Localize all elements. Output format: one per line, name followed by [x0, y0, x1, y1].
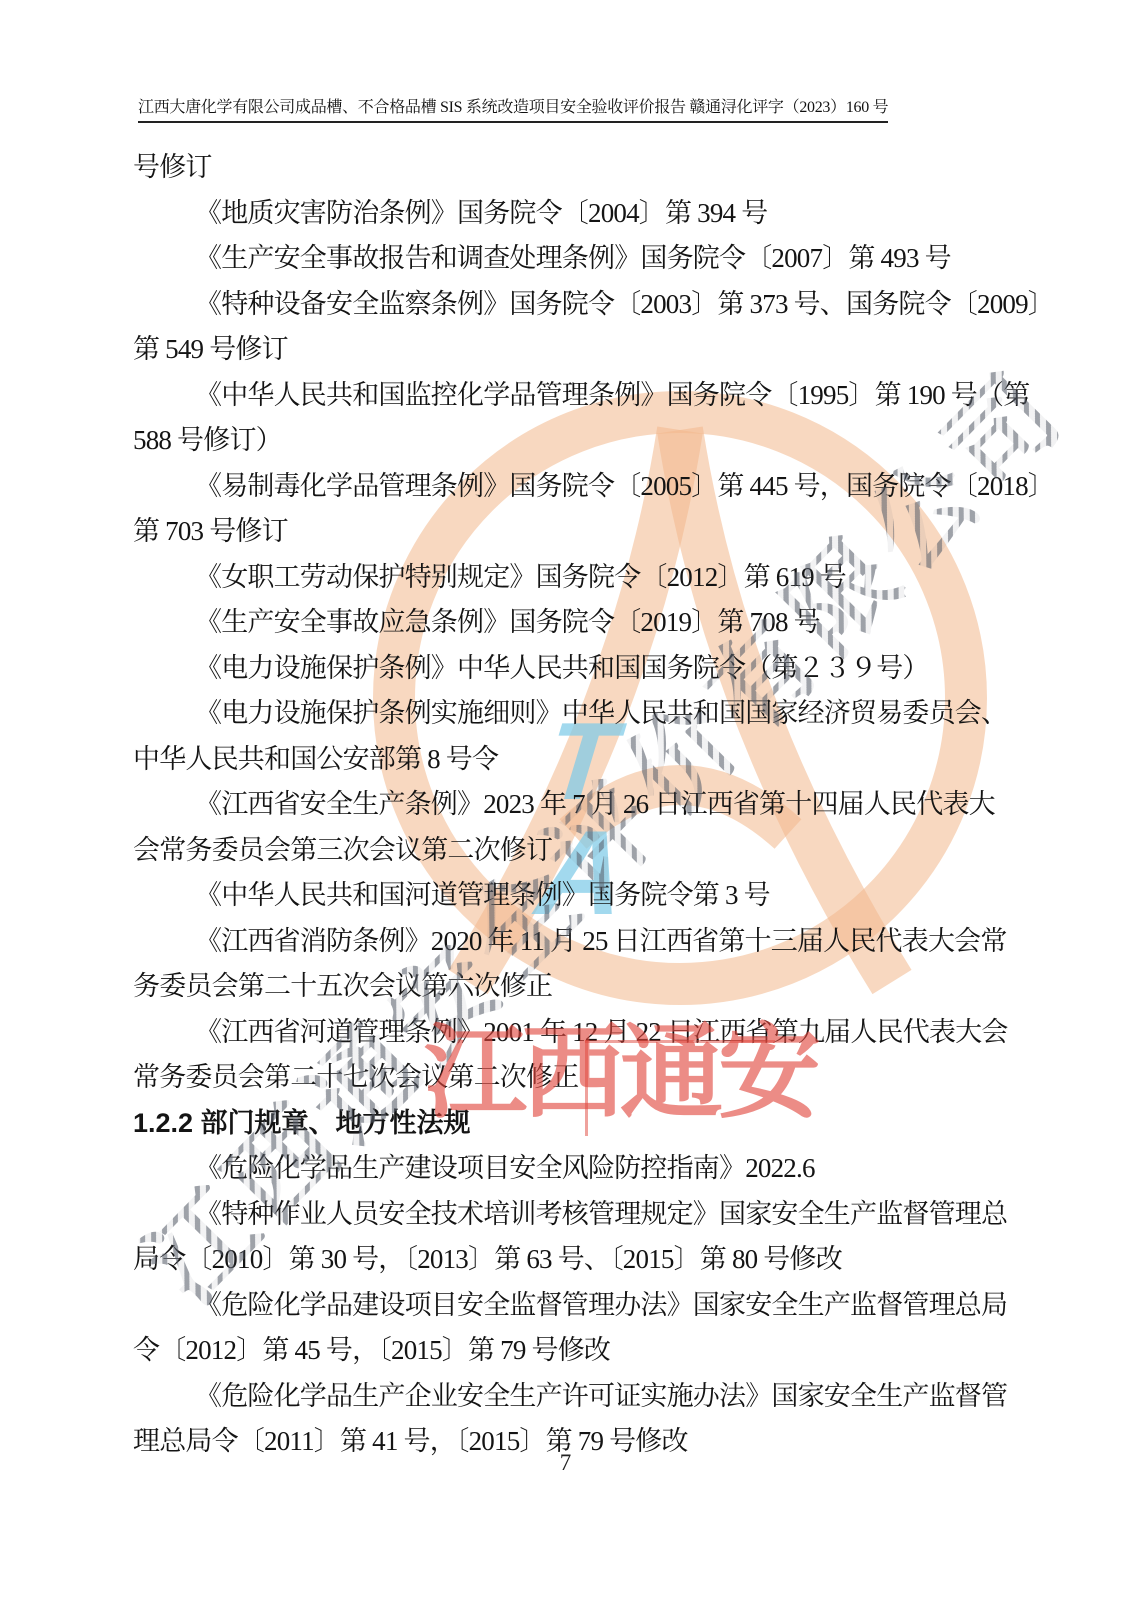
text-line: 《特种设备安全监察条例》国务院令〔2003〕第 373 号、国务院令〔2009〕: [133, 282, 1013, 328]
text-line: 《危险化学品生产建设项目安全风险防控指南》2022.6: [133, 1146, 1013, 1192]
text-line: 中华人民共和国公安部第 8 号令: [133, 737, 1013, 783]
text-line: 《电力设施保护条例实施细则》中华人民共和国国家经济贸易委员会、: [133, 691, 1013, 737]
text-line: 第 703 号修订: [133, 509, 1013, 555]
section-heading: 1.2.2 部门规章、地方性法规: [133, 1101, 1013, 1147]
page-header: 江西大唐化学有限公司成品槽、不合格品槽 SIS 系统改造项目安全验收评价报告 赣…: [138, 94, 888, 123]
text-line: 《易制毒化学品管理条例》国务院令〔2005〕第 445 号，国务院令〔2018〕: [133, 464, 1013, 510]
text-line: 《女职工劳动保护特别规定》国务院令〔2012〕第 619 号: [133, 555, 1013, 601]
body-text: 号修订《地质灾害防治条例》国务院令〔2004〕第 394 号《生产安全事故报告和…: [133, 145, 1013, 1465]
page-number: 7: [0, 1450, 1131, 1476]
text-line: 《危险化学品建设项目安全监督管理办法》国家安全生产监督管理总局: [133, 1283, 1013, 1329]
text-line: 《中华人民共和国河道管理条例》国务院令第 3 号: [133, 873, 1013, 919]
text-line: 《危险化学品生产企业安全生产许可证实施办法》国家安全生产监督管: [133, 1374, 1013, 1420]
text-line: 号修订: [133, 145, 1013, 191]
text-line: 《江西省河道管理条例》2001 年 12 月 22 日江西省第九届人民代表大会: [133, 1010, 1013, 1056]
text-line: 《地质灾害防治条例》国务院令〔2004〕第 394 号: [133, 191, 1013, 237]
text-line: 《电力设施保护条例》中华人民共和国国务院令（第２３９号）: [133, 646, 1013, 692]
text-line: 《中华人民共和国监控化学品管理条例》国务院令〔1995〕第 190 号（第: [133, 373, 1013, 419]
text-line: 务委员会第二十五次会议第六次修正: [133, 964, 1013, 1010]
text-line: 《生产安全事故应急条例》国务院令〔2019〕第 708 号: [133, 600, 1013, 646]
text-line: 局令〔2010〕第 30 号，〔2013〕第 63 号、〔2015〕第 80 号…: [133, 1237, 1013, 1283]
text-line: 第 549 号修订: [133, 327, 1013, 373]
document-page: T A 江西大唐化学有限公司成品槽、不合格品槽 SIS 系统改造项目安全验收评价…: [0, 0, 1131, 1600]
text-line: 588 号修订）: [133, 418, 1013, 464]
text-line: 令〔2012〕第 45 号，〔2015〕第 79 号修改: [133, 1328, 1013, 1374]
text-line: 《江西省安全生产条例》2023 年 7 月 26 日江西省第十四届人民代表大: [133, 782, 1013, 828]
text-line: 常务委员会第二十七次会议第二次修正: [133, 1055, 1013, 1101]
text-line: 《生产安全事故报告和调查处理条例》国务院令〔2007〕第 493 号: [133, 236, 1013, 282]
text-line: 《江西省消防条例》2020 年 11 月 25 日江西省第十三届人民代表大会常: [133, 919, 1013, 965]
text-line: 《特种作业人员安全技术培训考核管理规定》国家安全生产监督管理总: [133, 1192, 1013, 1238]
text-line: 会常务委员会第三次会议第二次修订: [133, 828, 1013, 874]
